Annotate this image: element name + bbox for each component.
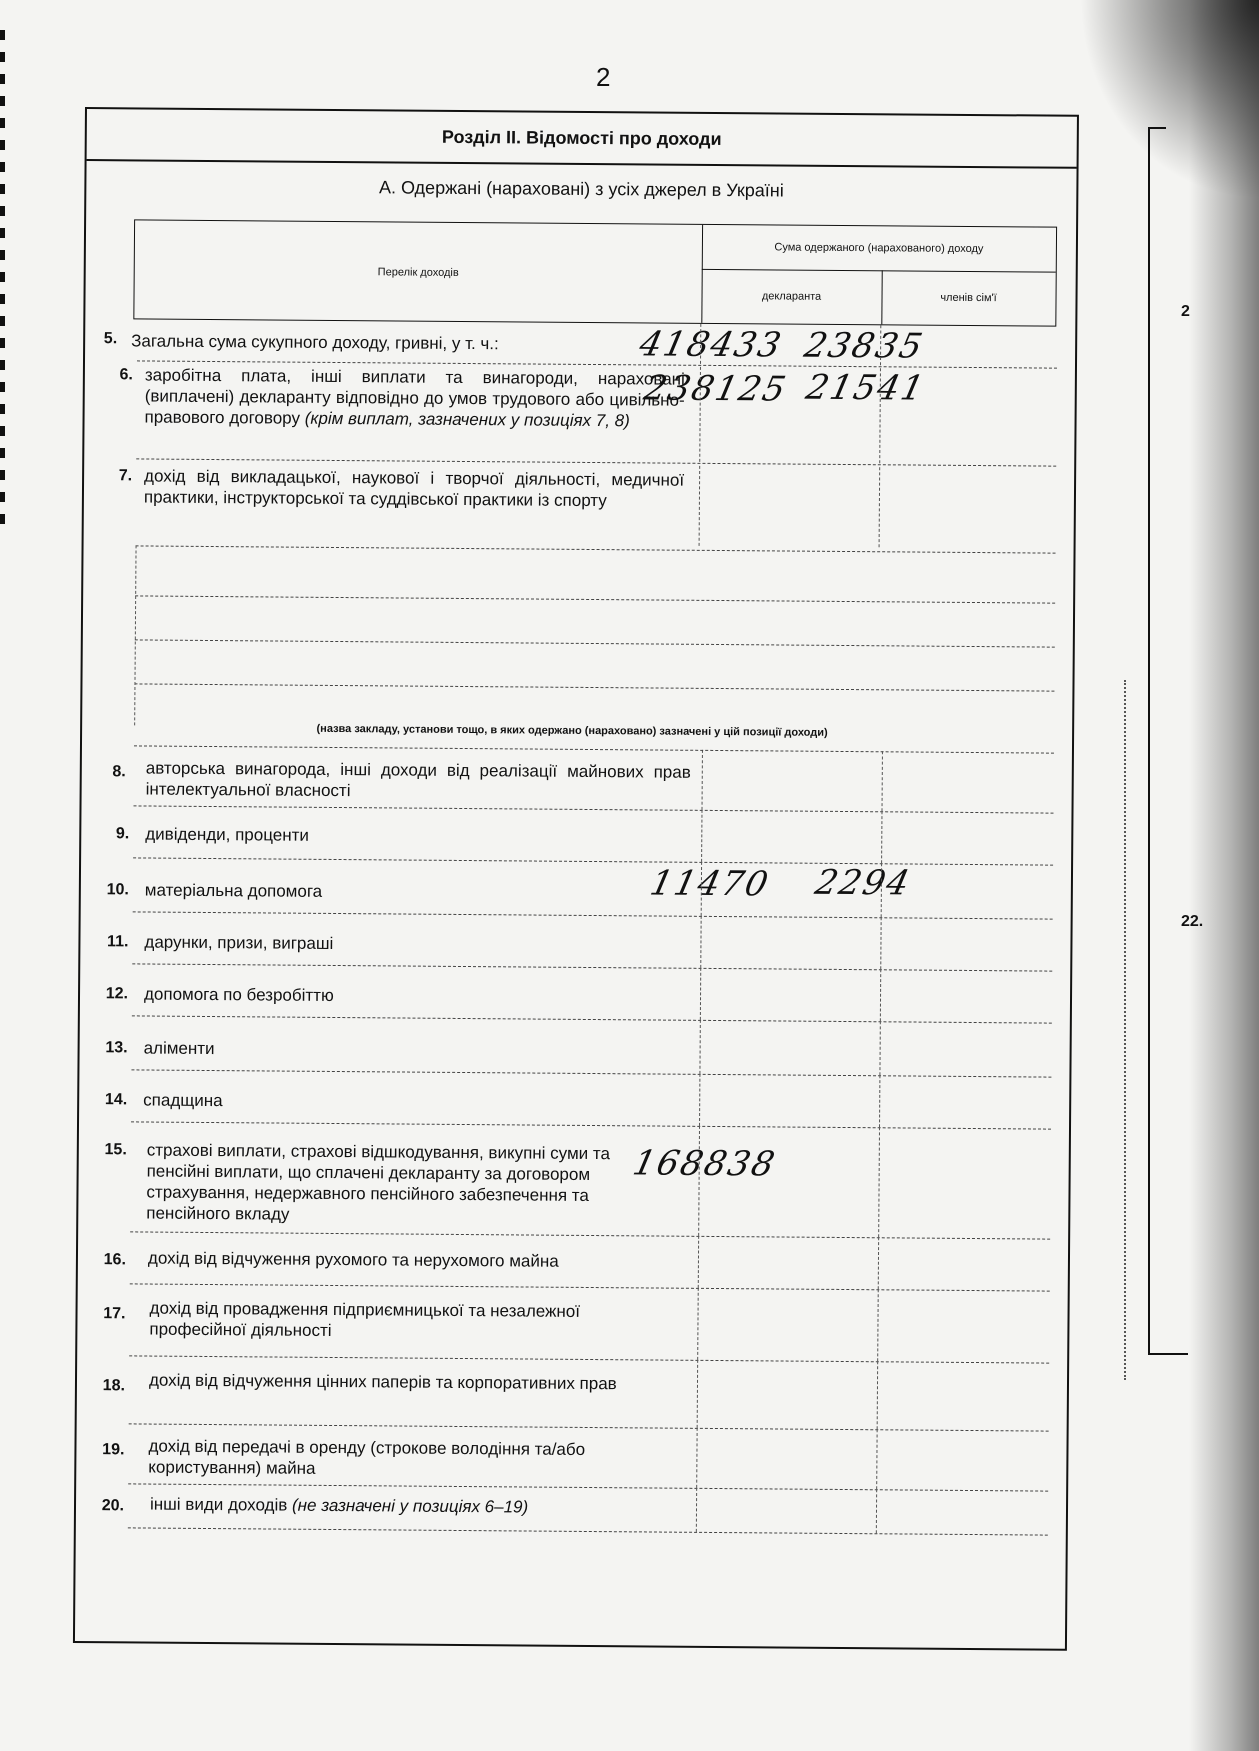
row-label: інші види доходів (не зазначені у позиці… xyxy=(150,1494,700,1519)
table-row: 10. матеріальна допомога 11470 2294 xyxy=(81,857,1075,919)
row-number: 8. xyxy=(94,763,126,781)
declarant-amount: 168838 xyxy=(629,1143,780,1184)
row-number: 9. xyxy=(97,825,129,843)
row-label: Загальна сума сукупного доходу, гривні, … xyxy=(131,330,651,355)
next-page-strip xyxy=(1148,127,1210,1355)
row-label-note: (не зазначені у позиціях 6–19) xyxy=(292,1496,528,1517)
dotted-margin-line xyxy=(1124,680,1126,1380)
header-family: членів сім'ї xyxy=(881,270,1055,325)
row-label: страхові виплати, страхові відшкодування… xyxy=(146,1140,627,1228)
table-row: 8. авторська винагорода, інші доходи від… xyxy=(82,745,1076,813)
row-number: 11. xyxy=(96,933,128,951)
table-row: 20. інші види доходів (не зазначені у по… xyxy=(76,1483,1070,1535)
row-label: заробітна плата, інші виплати та винагор… xyxy=(144,364,684,431)
declarant-amount: 418433 xyxy=(636,324,787,365)
row-number: 17. xyxy=(93,1305,125,1323)
row-label: дохід від передачі в оренду (строкове во… xyxy=(148,1436,668,1482)
table-row: 11. дарунки, призи, виграші xyxy=(80,911,1074,971)
row-number: 18. xyxy=(93,1377,125,1395)
table-row: 19. дохід від передачі в оренду (строков… xyxy=(76,1423,1070,1491)
table-row: 7. дохід від викладацької, наукової і тв… xyxy=(84,461,1079,549)
declarant-amount: 238125 xyxy=(640,368,791,409)
table-row: 9. дивіденди, проценти xyxy=(81,805,1075,865)
row-label: допомога по безробіттю xyxy=(144,983,694,1008)
page-number: 2 xyxy=(596,62,610,93)
row-label-text: інші види доходів xyxy=(150,1495,287,1515)
row-number: 20. xyxy=(92,1497,124,1515)
family-amount: 2294 xyxy=(812,863,915,904)
table-row: 18. дохід від відчуження цінних паперів … xyxy=(77,1355,1072,1431)
row-label: дохід від відчуження рухомого та нерухом… xyxy=(148,1248,698,1273)
table-row: 16. дохід від відчуження рухомого та нер… xyxy=(78,1231,1072,1291)
row-label: дохід від викладацької, наукової і творч… xyxy=(144,465,684,511)
row-number: 19. xyxy=(92,1441,124,1459)
subsection-title: А. Одержані (нараховані) з усіх джерел в… xyxy=(86,175,1076,204)
table-row: 17. дохід від провадження підприємницько… xyxy=(77,1283,1072,1363)
table-row: 13. аліменти xyxy=(79,1015,1073,1077)
row-label-note: (крім виплат, зазначених у позиціях 7, 8… xyxy=(305,409,630,431)
section-title: Розділ ІІ. Відомості про доходи xyxy=(87,109,1077,169)
declarant-amount: 11470 xyxy=(647,864,774,905)
header-amount: Сума одержаного (нарахованого) доходу xyxy=(702,225,1056,273)
row-number: 5. xyxy=(85,330,117,348)
row-number: 16. xyxy=(94,1251,126,1269)
side-label-2: 2 xyxy=(1181,303,1190,321)
row-label: дохід від відчуження цінних паперів та к… xyxy=(149,1370,649,1395)
row-number: 12. xyxy=(96,985,128,1003)
header-income-list: Перелік доходів xyxy=(134,220,703,322)
table-row: 14. спадщина xyxy=(79,1069,1073,1129)
row-number: 15. xyxy=(95,1141,127,1159)
table-row: 12. допомога по безробіттю xyxy=(80,963,1074,1023)
row-label: авторська винагорода, інші доходи від ре… xyxy=(146,757,691,803)
institution-caption: (назва закладу, установи тощо, в яких од… xyxy=(262,722,882,739)
row-number: 14. xyxy=(95,1091,127,1109)
family-amount: 21541 xyxy=(802,368,929,409)
row-label: дарунки, призи, виграші xyxy=(144,931,694,956)
side-label-22: 22. xyxy=(1181,913,1203,931)
row-label: дивіденди, проценти xyxy=(145,823,695,848)
header-declarant: декларанта xyxy=(701,269,882,324)
table-row: 5. Загальна сума сукупного доходу, гривн… xyxy=(85,324,1079,366)
family-amount: 23835 xyxy=(801,326,928,367)
table-header: Перелік доходів Сума одержаного (нарахов… xyxy=(133,219,1057,326)
row-number: 7. xyxy=(100,467,132,485)
row-label: матеріальна допомога xyxy=(145,879,695,904)
row-label: дохід від провадження підприємницької та… xyxy=(149,1298,649,1344)
row-number: 10. xyxy=(97,881,129,899)
row-label: аліменти xyxy=(144,1037,694,1062)
table-row: 6. заробітна плата, інші виплати та вина… xyxy=(84,362,1079,465)
row-label: спадщина xyxy=(143,1089,693,1114)
row-number: 13. xyxy=(96,1039,128,1057)
income-section-frame: Розділ ІІ. Відомості про доходи А. Одерж… xyxy=(73,107,1079,1651)
left-page-edge xyxy=(0,30,5,530)
table-row: 15. страхові виплати, страхові відшкодув… xyxy=(78,1121,1073,1239)
row-number: 6. xyxy=(101,366,133,384)
